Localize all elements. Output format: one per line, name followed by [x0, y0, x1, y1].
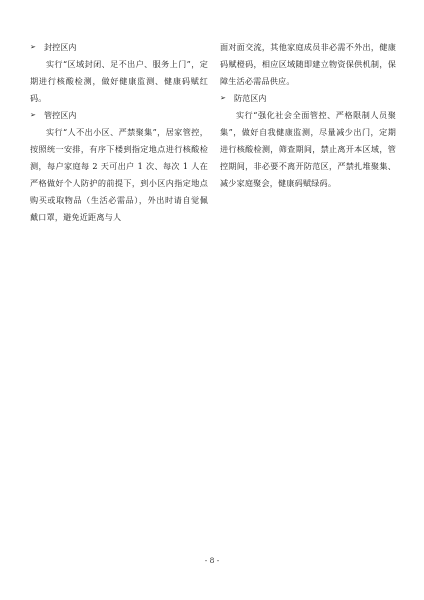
section-body: 实行“区域封闭、足不出户、服务上门”，定期进行核酸检测，做好健康监测、健康码赋红…: [30, 56, 208, 107]
arrow-bullet-icon: ➢: [220, 90, 234, 107]
section-body: 实行“强化社会全面管控、严格限制人员聚集”，做好自我健康监测，尽量减少出门，定期…: [220, 107, 396, 192]
section-heading: ➢ 封控区内: [30, 39, 208, 56]
heading-text: 防范区内: [234, 90, 266, 107]
heading-text: 管控区内: [44, 107, 76, 124]
right-column: 面对面交流，其他家庭成员非必需不外出，健康码赋橙码，相应区域随即建立物资保供机制…: [220, 39, 396, 192]
page-number: - 8 -: [0, 556, 424, 565]
continued-paragraph: 面对面交流，其他家庭成员非必需不外出，健康码赋橙码，相应区域随即建立物资保供机制…: [220, 39, 396, 90]
left-column: ➢ 封控区内 实行“区域封闭、足不出户、服务上门”，定期进行核酸检测，做好健康监…: [30, 39, 208, 226]
heading-text: 封控区内: [44, 39, 76, 56]
arrow-bullet-icon: ➢: [30, 107, 44, 124]
arrow-bullet-icon: ➢: [30, 39, 44, 56]
section-heading: ➢ 管控区内: [30, 107, 208, 124]
section-heading: ➢ 防范区内: [220, 90, 396, 107]
section-body: 实行“人不出小区、严禁聚集”，居家管控，按照统一安排，有序下楼到指定地点进行核酸…: [30, 124, 208, 226]
